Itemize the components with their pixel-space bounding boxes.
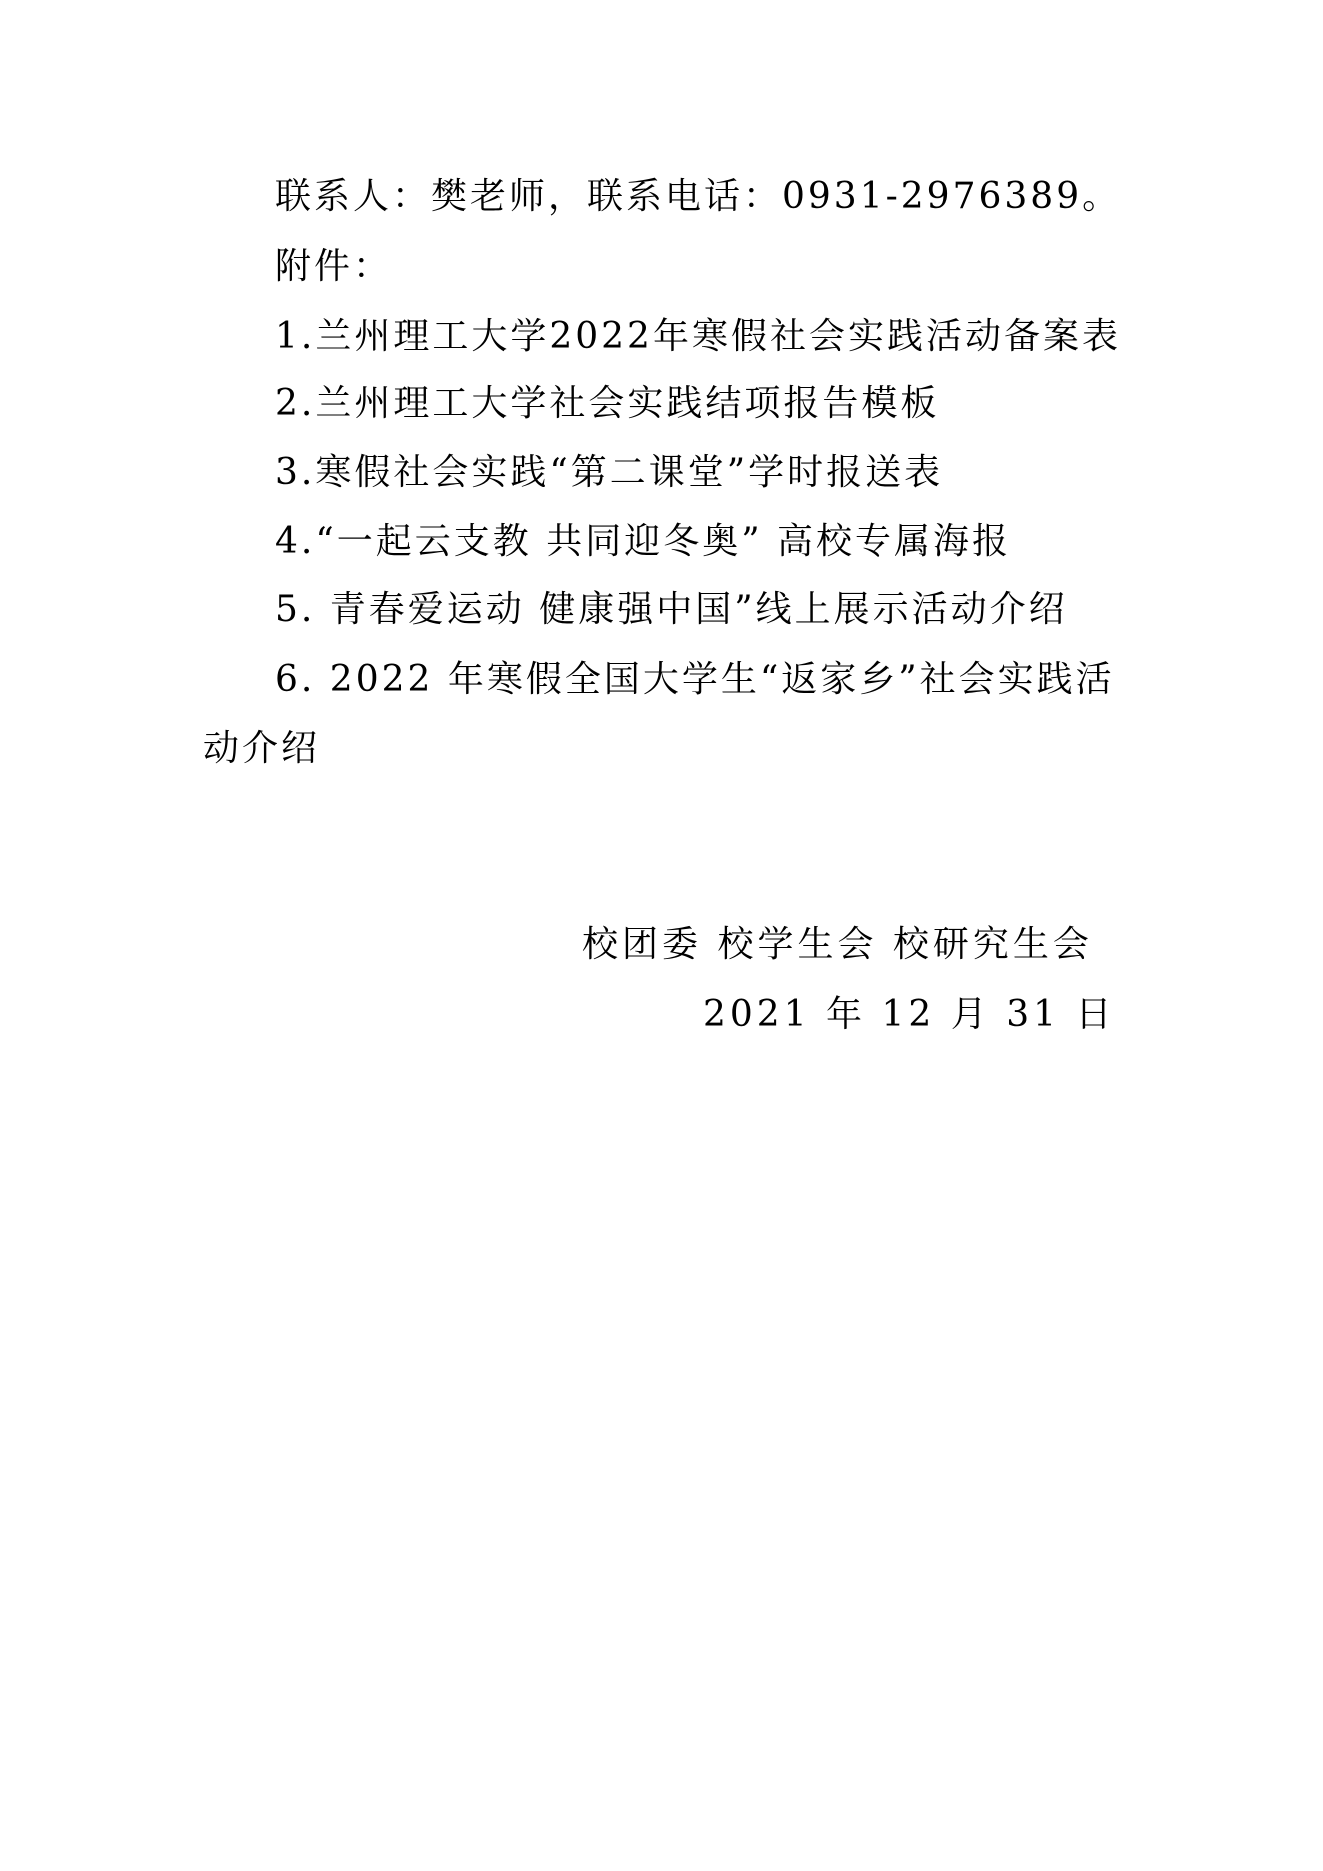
attachment-item-5: 5. 青春爱运动 健康强中国”线上展示活动介绍 (275, 588, 1068, 632)
attachment-item-6-line-2: 动介绍 (203, 727, 320, 771)
attachment-item-6-line-1: 6. 2022 年寒假全国大学生“返家乡”社会实践活 (275, 658, 1115, 702)
attachment-item-4: 4.“一起云支教 共同迎冬奥” 高校专属海报 (275, 520, 1011, 564)
attachment-item-3: 3.寒假社会实践“第二课堂”学时报送表 (275, 451, 943, 495)
contact-line: 联系人：樊老师，联系电话：0931-2976389。 (275, 175, 1121, 219)
attachment-item-1: 1.兰州理工大学2022年寒假社会实践活动备案表 (275, 315, 1121, 359)
document-date: 2021 年 12 月 31 日 (703, 993, 1115, 1037)
attachments-heading: 附件： (275, 245, 392, 289)
signature-organizations: 校团委 校学生会 校研究生会 (582, 923, 1093, 967)
attachment-item-2: 2.兰州理工大学社会实践结项报告模板 (275, 382, 939, 426)
document-page: 联系人：樊老师，联系电话：0931-2976389。 附件： 1.兰州理工大学2… (0, 0, 1323, 1871)
